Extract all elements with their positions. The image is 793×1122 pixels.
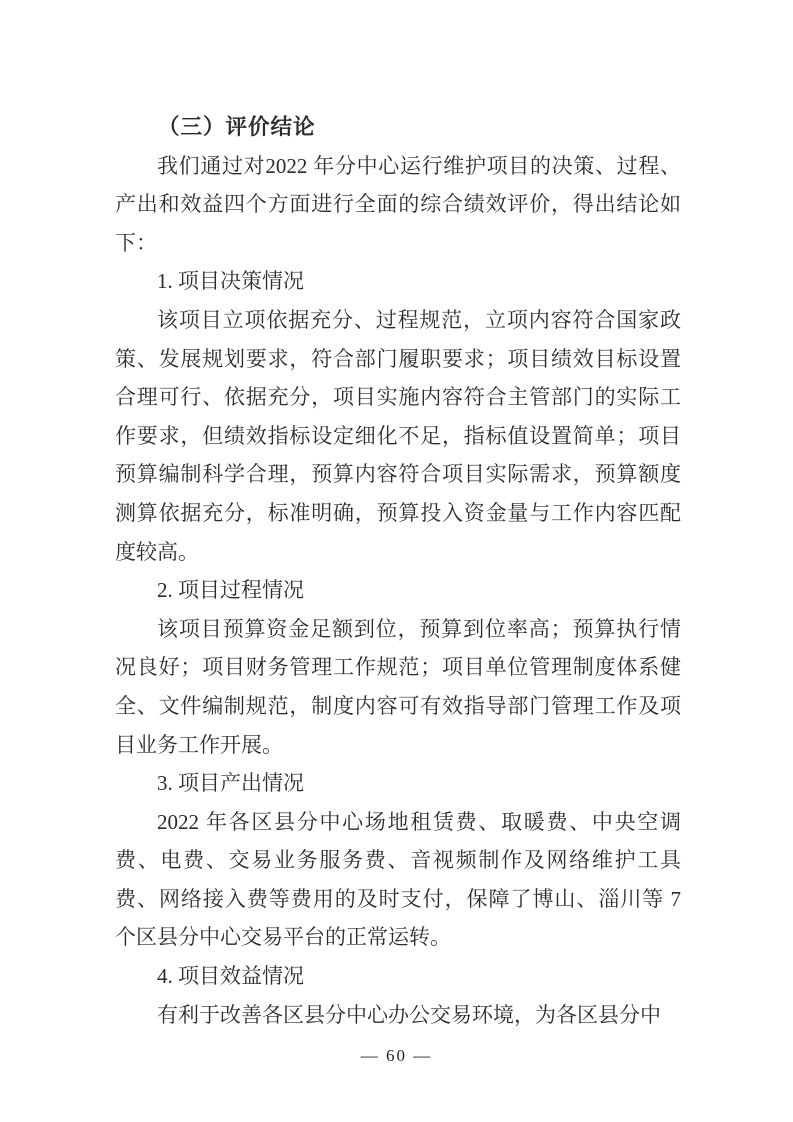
subsection-title-3: 3. 项目产出情况 bbox=[115, 764, 681, 803]
page-content: （三）评价结论 我们通过对2022 年分中心运行维护项目的决策、过程、产出和效益… bbox=[115, 108, 681, 1034]
page-number: — 60 — bbox=[0, 1046, 793, 1066]
subsection-title-1: 1. 项目决策情况 bbox=[115, 262, 681, 301]
subsection-title-4: 4. 项目效益情况 bbox=[115, 957, 681, 996]
document-page: （三）评价结论 我们通过对2022 年分中心运行维护项目的决策、过程、产出和效益… bbox=[0, 0, 793, 1122]
section-heading: （三）评价结论 bbox=[115, 108, 681, 147]
subsection-body-4: 有利于改善各区县分中心办公交易环境，为各区县分中 bbox=[115, 996, 681, 1035]
subsection-body-2: 该项目预算资金足额到位，预算到位率高；预算执行情况良好；项目财务管理工作规范；项… bbox=[115, 610, 681, 764]
intro-paragraph: 我们通过对2022 年分中心运行维护项目的决策、过程、产出和效益四个方面进行全面… bbox=[115, 147, 681, 263]
subsection-body-3: 2022 年各区县分中心场地租赁费、取暖费、中央空调费、电费、交易业务服务费、音… bbox=[115, 803, 681, 957]
subsection-title-2: 2. 项目过程情况 bbox=[115, 571, 681, 610]
subsection-body-1: 该项目立项依据充分、过程规范，立项内容符合国家政策、发展规划要求，符合部门履职要… bbox=[115, 301, 681, 571]
